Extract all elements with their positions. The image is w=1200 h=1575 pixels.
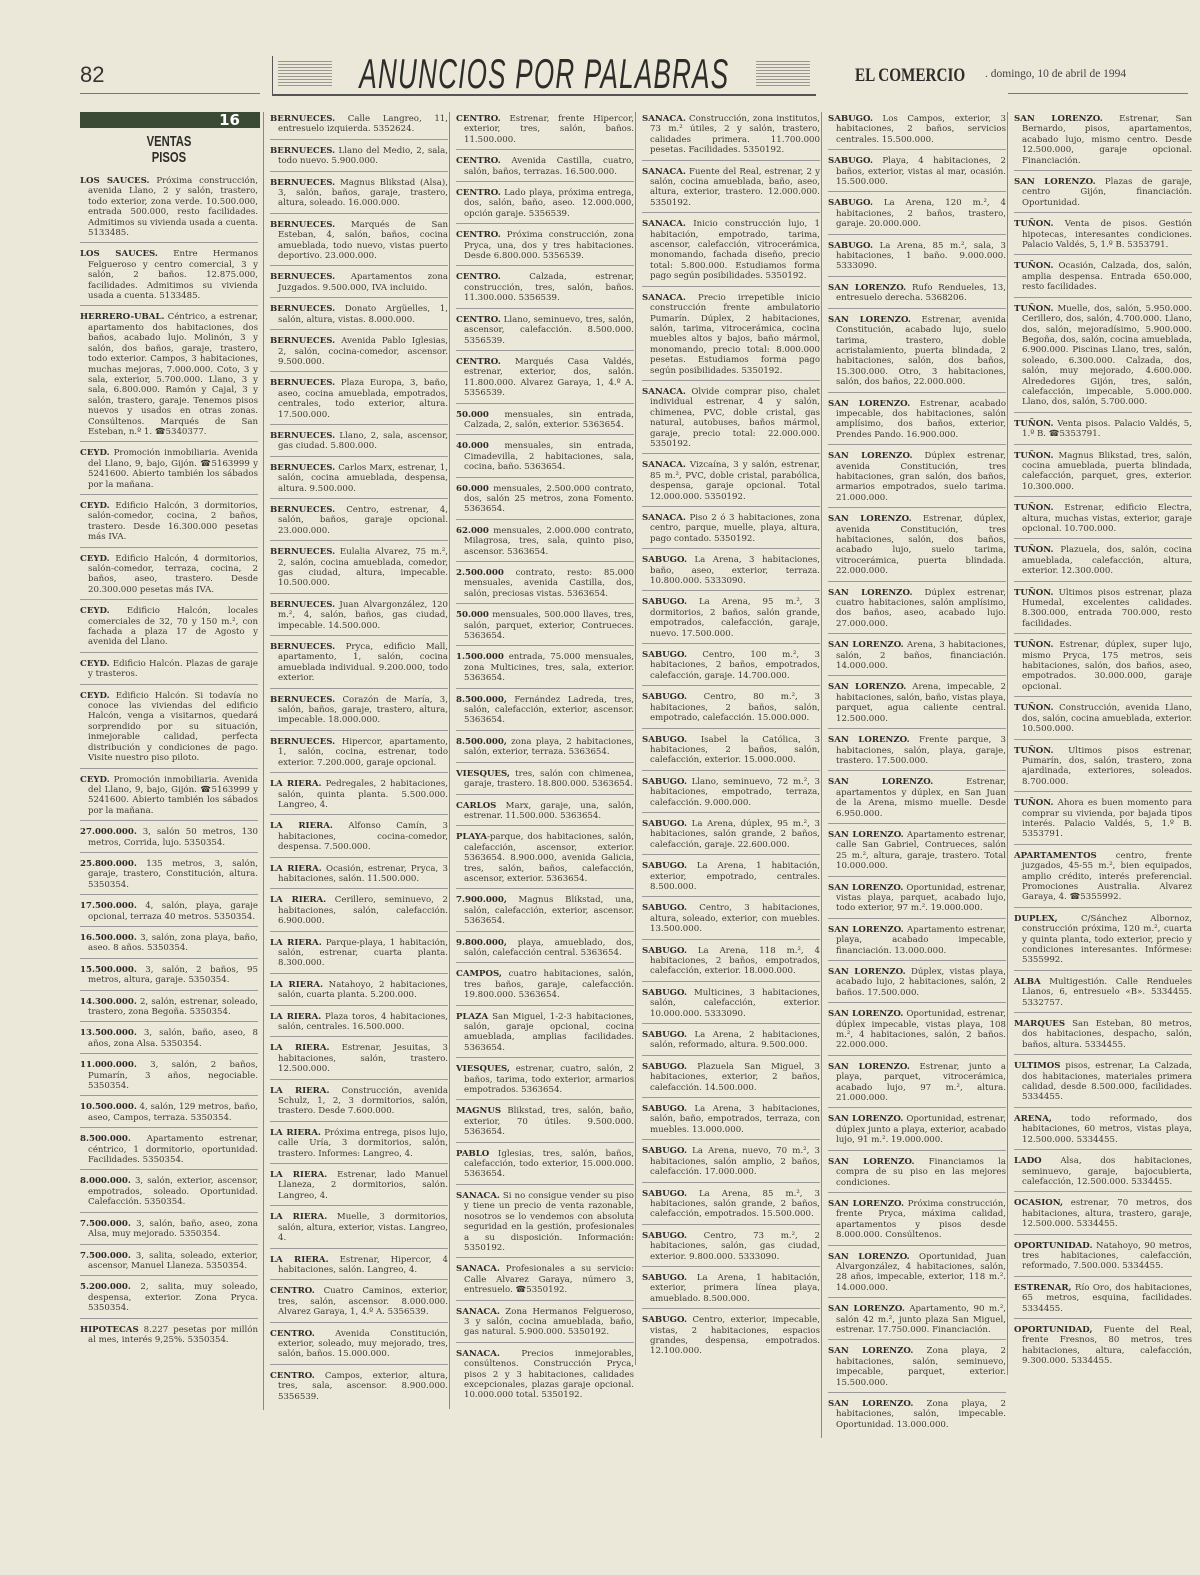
classified-ad: SAN LORENZO. Dúplex, vistas playa, acaba… <box>828 965 1006 1003</box>
classified-ad: ESTRENAR, Río Oro, dos habitaciones, 65 … <box>1014 1281 1192 1319</box>
classified-ad: 1.500.000 entrada, 75.000 mensuales, zon… <box>456 650 634 688</box>
classified-ad: TUÑON. Muelle, dos, salón, 5.950.000. Ce… <box>1014 302 1192 413</box>
classified-ad: SANACA. Fuente del Real, estrenar, 2 y s… <box>642 165 820 214</box>
ad-lead: 7.900.000, <box>456 895 507 905</box>
ad-body: Iglesias, tres, salón, baños, calefacció… <box>464 1149 634 1180</box>
classified-ad: SAN LORENZO. Apartamento, 90 m.², salón … <box>828 1302 1006 1340</box>
ad-lead: SAN LORENZO. <box>828 883 903 893</box>
ad-body: Céntrico, a estrenar, apartamento dos ha… <box>88 312 258 436</box>
ad-lead: SAN LORENZO. <box>828 830 904 840</box>
classified-ad: 2.500.000 contrato, resto: 85.000 mensua… <box>456 566 634 604</box>
classified-ad: 62.000 mensuales, 2.000.000 contrato, Mi… <box>456 524 634 562</box>
classified-ad: 7.500.000. 3, salita, soleado, exterior,… <box>80 1249 258 1277</box>
ad-body: Alsa, dos habitaciones, seminuevo, garaj… <box>1022 1156 1192 1187</box>
classified-ad: LA RIERA. Natahoyo, 2 habitaciones, saló… <box>270 978 448 1006</box>
ad-body: Estrenar, avenida Constitución, acabado … <box>836 315 1006 387</box>
ad-lead: 7.500.000. <box>80 1251 131 1261</box>
classified-ad: CEYD. Edificio Halcón. Si todavía no con… <box>80 689 258 769</box>
ad-lead: 16.500.000. <box>80 933 137 943</box>
ad-lead: SAN LORENZO. <box>828 588 912 598</box>
ad-lead: SABUGO. <box>642 1189 687 1199</box>
classified-ad: 7.900.000, Magnus Blikstad, una, salón, … <box>456 893 634 931</box>
ad-lead: 50.000 <box>456 610 489 620</box>
ad-lead: CENTRO. <box>270 1286 315 1296</box>
ad-lead: TUÑON. <box>1014 588 1054 598</box>
ad-lead: ALBA <box>1014 977 1041 987</box>
column-6: SAN LORENZO. Estrenar, San Bernardo, pis… <box>1007 112 1192 1375</box>
classified-ad: OPORTUNIDAD, Fuente del Real, frente Fre… <box>1014 1323 1192 1371</box>
ad-lead: 40.000 <box>456 441 489 451</box>
classified-ad: CEYD. Edificio Halcón. Plazas de garaje … <box>80 657 258 685</box>
ad-lead: SABUGO. <box>642 1062 687 1072</box>
classified-ad: LA RIERA. Estrenar, lado Manuel Llaneza,… <box>270 1168 448 1206</box>
ad-lead: 14.300.000. <box>80 997 137 1007</box>
ad-lead: CEYD. <box>80 691 110 701</box>
ad-lead: LA RIERA. <box>270 1212 327 1222</box>
ad-lead: SAN LORENZO. <box>828 682 906 692</box>
ad-lead: SAN LORENZO. <box>828 967 906 977</box>
classified-ad: PABLO Iglesias, tres, salón, baños, cale… <box>456 1147 634 1185</box>
ad-lead: TUÑON. <box>1014 261 1054 271</box>
classified-ad: CEYD. Edificio Halcón, 3 dormitorios, sa… <box>80 499 258 548</box>
classified-ad: 14.300.000. 2, salón, estrenar, soleado,… <box>80 995 258 1023</box>
classified-ad: SABUGO. Centro, 100 m.², 3 habitaciones,… <box>642 648 820 686</box>
ad-body: San Miguel, 1-2-3 habitaciones, salón, g… <box>464 1012 634 1053</box>
ad-lead: BERNUECES. <box>270 431 335 441</box>
classified-ad: LADO Alsa, dos habitaciones, seminuevo, … <box>1014 1154 1192 1192</box>
ad-body: Edificio Halcón. Plazas de garaje y tras… <box>88 659 258 679</box>
classified-ad: SABUGO. Playa, 4 habitaciones, 2 baños, … <box>828 154 1006 192</box>
section-title-box: ANUNCIOS POR PALABRAS <box>272 50 816 98</box>
ad-lead: LA RIERA. <box>270 1128 321 1138</box>
ad-lead: 8.500.000, <box>456 695 507 705</box>
classified-ad: 8.500.000, zona playa, 2 habitaciones, s… <box>456 735 634 763</box>
ad-lead: BERNUECES. <box>270 600 335 610</box>
ad-lead: TUÑON. <box>1014 640 1054 650</box>
section-heading-line2: PISOS <box>102 150 236 166</box>
ad-lead: SANACA. <box>642 460 686 470</box>
column-2: BERNUECES. Calle Langreo, 11, entresuelo… <box>263 112 448 1410</box>
classified-ad: BERNUECES. Llano del Medio, 2, sala, tod… <box>270 144 448 172</box>
classified-ad: SABUGO. La Arena, 95 m.², 3 dormitorios,… <box>642 595 820 644</box>
classified-ad: SABUGO. Isabel la Católica, 3 habitacion… <box>642 733 820 771</box>
classified-ad: 25.800.000. 135 metros, 3, salón, garaje… <box>80 857 258 895</box>
ad-lead: BERNUECES. <box>270 378 335 388</box>
section-heading: VENTAS PISOS <box>102 134 236 166</box>
classified-ad: CENTRO. Marqués Casa Valdés, estrenar, e… <box>456 355 634 404</box>
classified-ad: SAN LORENZO. Estrenar, acabado impecable… <box>828 397 1006 446</box>
ad-lead: LADO <box>1014 1156 1042 1166</box>
classified-ad: BERNUECES. Donato Argüelles, 1, salón, a… <box>270 302 448 330</box>
classified-ad: 50.000 mensuales, sin entrada, Calzada, … <box>456 408 634 436</box>
ad-lead: LA RIERA. <box>270 938 322 948</box>
ad-lead: 27.000.000. <box>80 827 137 837</box>
ad-lead: HERRERO-UBAL. <box>80 312 164 322</box>
ad-lead: SAN LORENZO. <box>828 1304 905 1314</box>
ad-lead: LA RIERA. <box>270 980 323 990</box>
classified-ad: TUÑON. Ocasión, Calzada, dos, salón, amp… <box>1014 259 1192 297</box>
ad-lead: SABUGO. <box>642 946 687 956</box>
ad-lead: BERNUECES. <box>270 304 335 314</box>
ad-lead: CENTRO. <box>456 114 501 124</box>
classified-ad: TUÑON. Construcción, avenida Llano, dos,… <box>1014 701 1192 739</box>
classified-ad: LOS SAUCES. Próxima construcción, avenid… <box>80 174 258 243</box>
classified-ad: SABUGO. Centro, 3 habitaciones, altura, … <box>642 901 820 939</box>
ad-lead: SABUGO. <box>642 692 687 702</box>
ad-lead: SAN LORENZO. <box>828 1009 903 1019</box>
classified-ad: 15.500.000. 3, salón, 2 baños, 95 metros… <box>80 963 258 991</box>
ad-lead: 8.500.000. <box>80 1134 131 1144</box>
ad-lead: LA RIERA. <box>270 1255 329 1265</box>
ad-lead: CENTRO. <box>270 1329 315 1339</box>
classified-ad: SAN LORENZO. Oportunidad, estrenar, dúpl… <box>828 1112 1006 1150</box>
classified-ad: BERNUECES. Marqués de San Esteban, 4, sa… <box>270 218 448 267</box>
ad-lead: SABUGO. <box>642 735 687 745</box>
classified-ad: 50.000 mensuales, 500.000 llaves, tres, … <box>456 608 634 646</box>
ad-lead: CENTRO. <box>456 315 501 325</box>
classified-ad: CEYD. Edificio Halcón, 4 dormitorios, sa… <box>80 552 258 601</box>
classified-ad: SABUGO. La Arena, 1 habitación, exterior… <box>642 859 820 897</box>
classified-ad: HIPOTECAS 8.227 pesetas por millón al me… <box>80 1323 258 1350</box>
classified-ad: OPORTUNIDAD. Natahoyo, 90 metros, tres h… <box>1014 1239 1192 1277</box>
classified-ad: SANACA. Piso 2 ó 3 habitaciones, zona ce… <box>642 511 820 549</box>
ad-lead: BERNUECES. <box>270 737 335 747</box>
ad-lead: ESTRENAR, <box>1014 1283 1072 1293</box>
classified-ad: APARTAMENTOS centro, frente juzgados, 45… <box>1014 849 1192 908</box>
classified-ad: SAN LORENZO. Estrenar, dúplex, avenida C… <box>828 512 1006 581</box>
ad-lead: TUÑON. <box>1014 304 1054 314</box>
page-number: 82 <box>80 62 104 88</box>
classified-ad: LA RIERA. Construcción, avenida Schulz, … <box>270 1084 448 1122</box>
classified-ad: SAN LORENZO. Oportunidad, Juan Alvargonz… <box>828 1250 1006 1299</box>
classified-ad: SAN LORENZO. Oportunidad, estrenar, vist… <box>828 881 1006 919</box>
ad-lead: 62.000 <box>456 526 489 536</box>
ad-body: Muelle, dos, salón, 5.950.000. Cerillero… <box>1022 304 1192 408</box>
classified-ad: SABUGO. La Arena, dúplex, 95 m.², 3 habi… <box>642 817 820 855</box>
classified-ad: SABUGO. Plazuela San Miguel, 3 habitacio… <box>642 1060 820 1098</box>
classified-ad: SAN LORENZO. Arena, 3 habitaciones, saló… <box>828 638 1006 676</box>
classified-ad: 10.500.000. 4, salón, 129 metros, baño, … <box>80 1100 258 1128</box>
classified-ad: 27.000.000. 3, salón 50 metros, 130 metr… <box>80 825 258 853</box>
classified-ad: SAN LORENZO. Zona playa, 2 habitaciones,… <box>828 1344 1006 1393</box>
classified-ad: SANACA. Zona Hermanos Felgueroso, 3 y sa… <box>456 1305 634 1343</box>
ad-lead: SANACA. <box>456 1264 500 1274</box>
ad-lead: CEYD. <box>80 606 110 616</box>
classified-ad: OCASION, estrenar, 70 metros, dos habita… <box>1014 1196 1192 1234</box>
ad-lead: SABUGO. <box>828 114 873 124</box>
ad-lead: 9.800.000, <box>456 938 507 948</box>
ad-lead: 13.500.000. <box>80 1028 137 1038</box>
classified-ad: LA RIERA. Estrenar, Hipercor, 4 habitaci… <box>270 1253 448 1281</box>
classified-ad: SANACA. Precios inmejorables, consúlteno… <box>456 1347 634 1405</box>
ad-lead: SAN LORENZO. <box>828 1399 913 1409</box>
publication-date: . domingo, 10 de abril de 1994 <box>985 68 1126 80</box>
ad-lead: 25.800.000. <box>80 859 137 869</box>
classified-ad: CENTRO. Lado playa, próxima entrega, dos… <box>456 186 634 224</box>
classified-ad: VIESQUES, tres, salón con chimenea, gara… <box>456 767 634 795</box>
rule-divider <box>80 93 260 94</box>
ad-lead: SAN LORENZO. <box>828 514 912 524</box>
classified-ad: TUÑON. Magnus Blikstad, tres, salón, coc… <box>1014 449 1192 498</box>
classified-ad: SANACA. Si no consigue vender su piso y … <box>456 1189 634 1258</box>
classified-ad: SABUGO. La Arena, 3 habitaciones, salón,… <box>642 1102 820 1140</box>
classified-ad: SAN LORENZO. Apartamento estrenar, calle… <box>828 828 1006 877</box>
ad-lead: LA RIERA. <box>270 1170 327 1180</box>
ad-list: SANACA. Construcción, zona institutos, 7… <box>642 112 820 1361</box>
classified-ad: SAN LORENZO. Estrenar, San Bernardo, pis… <box>1014 112 1192 171</box>
ad-lead: 50.000 <box>456 410 489 420</box>
classified-ad: MAGNUS Blikstad, tres, salón, baño, exte… <box>456 1104 634 1142</box>
ad-lead: PLAZA <box>456 1012 488 1022</box>
classified-ad: BERNUECES. Magnus Blikstad (Alsa), 3, sa… <box>270 176 448 214</box>
ad-lead: SAN LORENZO. <box>828 1157 914 1167</box>
ad-lead: ULTIMOS <box>1014 1061 1060 1071</box>
ad-lead: DUPLEX, <box>1014 914 1058 924</box>
ad-lead: CENTRO. <box>456 156 501 166</box>
ad-lead: MAGNUS <box>456 1106 501 1116</box>
ad-lead: SANACA. <box>642 387 686 397</box>
ad-lead: SAN LORENZO. <box>828 925 904 935</box>
classified-ad: CENTRO. Avenida Castilla, cuatro, salón,… <box>456 154 634 182</box>
classified-ad: LA RIERA. Parque-playa, 1 habitación, sa… <box>270 936 448 974</box>
classified-ad: ALBA Multigestión. Calle Rendueles Llano… <box>1014 975 1192 1013</box>
classified-ad: SABUGO. La Arena, 1 habitación, exterior… <box>642 1271 820 1309</box>
classified-ad: SANACA. Construcción, zona institutos, 7… <box>642 112 820 161</box>
classified-ad: CAMPOS, cuatro habitaciones, salón, tres… <box>456 967 634 1005</box>
ad-lead: TUÑON. <box>1014 798 1054 808</box>
classified-ad: SAN LORENZO. Dúplex estrenar, cuatro hab… <box>828 586 1006 635</box>
classified-ad: SABUGO. Los Campos, exterior, 3 habitaci… <box>828 112 1006 150</box>
ad-body: Multigestión. Calle Rendueles Llanos, 6,… <box>1022 977 1192 1008</box>
ad-lead: SAN LORENZO. <box>1014 114 1103 124</box>
classified-ad: SAN LORENZO. Plazas de garaje, centro Gi… <box>1014 175 1192 213</box>
classified-ad: SABUGO. La Arena, 120 m.², 4 habitacione… <box>828 196 1006 234</box>
ad-list: BERNUECES. Calle Langreo, 11, entresuelo… <box>270 112 448 1406</box>
ad-lead: 15.500.000. <box>80 965 137 975</box>
ad-lead: CARLOS <box>456 801 496 811</box>
ad-list: LOS SAUCES. Próxima construcción, avenid… <box>80 174 258 1349</box>
classified-ad: TUÑON. Venta pisos. Palacio Valdés, 5, 1… <box>1014 417 1192 445</box>
classified-ad: BERNUECES. Avenida Pablo Iglesias, 2, sa… <box>270 334 448 372</box>
classified-ad: HERRERO-UBAL. Céntrico, a estrenar, apar… <box>80 310 258 442</box>
ad-lead: BERNUECES. <box>270 178 335 188</box>
ad-lead: SABUGO. <box>642 819 687 829</box>
classified-ad: CENTRO. Próxima construcción, zona Pryca… <box>456 228 634 266</box>
classified-ad: SAN LORENZO. Estrenar, junto a playa, pa… <box>828 1060 1006 1109</box>
ad-lead: BERNUECES. <box>270 505 335 515</box>
ad-lead: OPORTUNIDAD. <box>1014 1241 1092 1251</box>
ad-lead: MARQUES <box>1014 1019 1065 1029</box>
ad-lead: BERNUECES. <box>270 272 335 282</box>
ad-lead: CEYD. <box>80 448 110 458</box>
ad-lead: BERNUECES. <box>270 642 335 652</box>
classified-ad: LA RIERA. Pedregales, 2 habitaciones, sa… <box>270 777 448 815</box>
ad-lead: SABUGO. <box>828 198 873 208</box>
classified-ad: SABUGO. Centro, 80 m.², 3 habitaciones, … <box>642 690 820 728</box>
ad-lead: SABUGO. <box>642 1315 687 1325</box>
ad-lead: TUÑON. <box>1014 545 1054 555</box>
classified-ad: ULTIMOS pisos, estrenar, La Calzada, dos… <box>1014 1059 1192 1108</box>
classified-ad: CENTRO. Estrenar, frente Hipercor, exter… <box>456 112 634 150</box>
ad-lead: SABUGO. <box>642 988 687 998</box>
ad-lead: SABUGO. <box>828 241 873 251</box>
ad-lead: 8.000.000. <box>80 1176 131 1186</box>
classified-ad: SABUGO. La Arena, 2 habitaciones, salón,… <box>642 1028 820 1056</box>
classified-ad: 8.000.000. 3, salón, exterior, ascensor,… <box>80 1174 258 1212</box>
classified-ad: SABUGO. La Arena, 3 habitaciones, baño, … <box>642 553 820 591</box>
ad-lead: 1.500.000 <box>456 652 504 662</box>
column-1: 16 VENTAS PISOS LOS SAUCES. Próxima cons… <box>80 112 258 1353</box>
ad-lead: OCASION, <box>1014 1198 1063 1208</box>
classified-ad: TUÑON. Venta de pisos. Gestión hipotecas… <box>1014 217 1192 255</box>
classified-ad: TUÑON. Estrenar, dúplex, super lujo, mis… <box>1014 638 1192 697</box>
ad-lead: SABUGO. <box>642 1231 687 1241</box>
classified-ad: TUÑON. Plazuela, dos, salón, cocina amue… <box>1014 543 1192 581</box>
classified-ad: LA RIERA. Muelle, 3 dormitorios, salón, … <box>270 1210 448 1248</box>
ad-lead: PLAYA <box>456 832 487 842</box>
classified-ad: SAN LORENZO. Próxima construcción, frent… <box>828 1197 1006 1246</box>
ad-lead: LA RIERA. <box>270 1012 321 1022</box>
newspaper-logo: EL COMERCIO <box>855 65 965 87</box>
ad-lead: SAN LORENZO. <box>828 399 910 409</box>
ad-lead: LA RIERA. <box>270 864 322 874</box>
column-3: CENTRO. Estrenar, frente Hipercor, exter… <box>449 112 634 1409</box>
ad-body: -parque, dos habitaciones, salón, calefa… <box>464 832 634 884</box>
classified-ad: MARQUES San Esteban, 80 metros, dos habi… <box>1014 1017 1192 1055</box>
classified-ad: ARENA, todo reformado, dos habitaciones,… <box>1014 1112 1192 1150</box>
ad-lead: SANACA. <box>456 1191 500 1201</box>
classified-ad: TUÑON. Ultimos pisos estrenar, Pumarín, … <box>1014 744 1192 793</box>
ad-body: mensuales, 2.500.000 contrato, dos, saló… <box>464 484 634 515</box>
column-5: SABUGO. Los Campos, exterior, 3 habitaci… <box>821 112 1006 1438</box>
classified-ad: CEYD. Edificio Halcón, locales comercial… <box>80 604 258 653</box>
classified-ad: SAN LORENZO. Oportunidad, estrenar, dúpl… <box>828 1007 1006 1056</box>
classified-ad: LA RIERA. Próxima entrega, pisos lujo, c… <box>270 1126 448 1164</box>
classified-ad: 7.500.000. 3, salón, baño, aseo, zona Al… <box>80 1217 258 1245</box>
ad-lead: SAN LORENZO. <box>828 1252 910 1262</box>
ad-lead: TUÑON. <box>1014 419 1054 429</box>
ad-lead: CENTRO. <box>456 230 501 240</box>
ad-lead: SAN LORENZO. <box>828 735 910 745</box>
classified-ad: VIESQUES, estrenar, cuatro, salón, 2 bañ… <box>456 1062 634 1100</box>
classified-ad: TUÑON. Ahora es buen momento para compra… <box>1014 796 1192 845</box>
ad-body: mensuales, sin entrada, Cimadevilla, 2 h… <box>464 441 634 472</box>
ad-body: Promoción inmobiliaria. Avenida del Llan… <box>88 775 258 816</box>
column-4: SANACA. Construcción, zona institutos, 7… <box>635 112 820 1365</box>
ad-lead: BERNUECES. <box>270 114 335 124</box>
classified-ad: CEYD. Promoción inmobiliaria. Avenida de… <box>80 446 258 495</box>
ad-lead: CAMPOS, <box>456 969 502 979</box>
ad-lead: SAN LORENZO. <box>828 1199 904 1209</box>
ad-lead: SANACA. <box>642 293 686 303</box>
classified-ad: LA RIERA. Estrenar, Jesuitas, 3 habitaci… <box>270 1041 448 1079</box>
classified-ad: CENTRO. Calzada, estrenar, construcción,… <box>456 270 634 308</box>
section-number-bar: 16 <box>80 112 260 128</box>
classified-ad: BERNUECES. Corazón de María, 3, salón, b… <box>270 693 448 731</box>
ad-lead: LA RIERA. <box>270 1086 329 1096</box>
classified-ad: SABUGO. Llano, seminuevo, 72 m.², 3 habi… <box>642 775 820 813</box>
classified-ad: SABUGO. La Arena, 118 m.², 4 habitacione… <box>642 944 820 982</box>
classified-ad: LA RIERA. Cerillero, seminuevo, 2 habita… <box>270 893 448 931</box>
classified-ad: 16.500.000. 3, salón, zona playa, baño, … <box>80 931 258 959</box>
ad-lead: SABUGO. <box>642 597 687 607</box>
classified-ad: 8.500.000. Apartamento estrenar, céntric… <box>80 1132 258 1170</box>
classified-ad: 9.800.000, playa, amueblado, dos, salón,… <box>456 936 634 964</box>
ad-body: mensuales, 500.000 llaves, tres, salón, … <box>464 610 634 641</box>
classified-ad: 5.200.000. 2, salita, muy soleado, despe… <box>80 1280 258 1318</box>
classified-ad: SAN LORENZO. Frente parque, 3 habitacion… <box>828 733 1006 771</box>
ad-lead: SABUGO. <box>642 1146 687 1156</box>
classified-ad: SAN LORENZO. Zona playa, 2 habitaciones,… <box>828 1397 1006 1434</box>
classified-ad: BERNUECES. Hipercor, apartamento, 1, sal… <box>270 735 448 773</box>
classified-ad: SAN LORENZO. Estrenar, avenida Constituc… <box>828 313 1006 393</box>
ad-lead: SANACA. <box>642 114 686 124</box>
classified-ad: BERNUECES. Llano, 2, sala, ascensor, gas… <box>270 429 448 457</box>
ad-lead: 10.500.000. <box>80 1102 137 1112</box>
ad-list: CENTRO. Estrenar, frente Hipercor, exter… <box>456 112 634 1405</box>
ad-lead: BERNUECES. <box>270 220 335 230</box>
classified-ad: SABUGO. Centro, 73 m.², 2 habitaciones, … <box>642 1229 820 1267</box>
ad-body: Olvide comprar piso, chalet individual e… <box>650 387 820 449</box>
ad-lead: SAN LORENZO. <box>828 451 912 461</box>
ad-body: Próxima construcción, avenida Llano, 2 y… <box>88 176 258 238</box>
classified-ad: BERNUECES. Centro, estrenar, 4, salón, b… <box>270 503 448 541</box>
ad-lead: TUÑON. <box>1014 219 1054 229</box>
ad-lead: CEYD. <box>80 659 110 669</box>
ad-lead: 17.500.000. <box>80 901 137 911</box>
ad-lead: SABUGO. <box>642 1273 687 1283</box>
ad-lead: BERNUECES. <box>270 463 335 473</box>
ad-lead: SAN LORENZO. <box>828 283 906 293</box>
ad-lead: VIESQUES, <box>456 1064 510 1074</box>
ad-lead: SAN LORENZO. <box>828 315 911 325</box>
classified-ad: 17.500.000. 4, salón, playa, garaje opci… <box>80 899 258 927</box>
ad-lead: BERNUECES. <box>270 695 335 705</box>
ad-lead: BERNUECES. <box>270 547 335 557</box>
ad-lead: CEYD. <box>80 554 110 564</box>
ad-body: Edificio Halcón, locales comerciales de … <box>88 606 258 647</box>
classified-ad: SANACA. Precio irrepetible inicio constr… <box>642 291 820 381</box>
classified-ad: SABUGO. La Arena, 85 m.², sala, 3 habita… <box>828 239 1006 277</box>
classified-ad: CENTRO. Cuatro Caminos, exterior, tres, … <box>270 1284 448 1322</box>
ad-lead: ARENA, <box>1014 1114 1052 1124</box>
decorative-lines-icon <box>756 61 810 87</box>
ad-lead: CENTRO. <box>456 272 501 282</box>
classified-ad: SANACA. Olvide comprar piso, chalet indi… <box>642 385 820 454</box>
page-section-title: ANUNCIOS POR PALABRAS <box>359 50 729 98</box>
ad-body: Edificio Halcón, 3 dormitorios, salón-co… <box>88 501 258 542</box>
masthead: 82 ANUNCIOS POR PALABRAS EL COMERCIO . d… <box>0 0 1200 100</box>
ad-lead: LA RIERA. <box>270 1043 330 1053</box>
ad-lead: OPORTUNIDAD, <box>1014 1325 1092 1335</box>
classified-ad: PLAZA San Miguel, 1-2-3 habitaciones, sa… <box>456 1010 634 1059</box>
classified-ad: SANACA. Profesionales a su servicio: Cal… <box>456 1262 634 1300</box>
ad-lead: PABLO <box>456 1149 489 1159</box>
ad-lead: SAN LORENZO. <box>828 777 933 787</box>
ad-lead: BERNUECES. <box>270 146 335 156</box>
ad-lead: SABUGO. <box>642 861 687 871</box>
section-heading-line1: VENTAS <box>102 134 236 150</box>
ad-lead: TUÑON. <box>1014 503 1054 513</box>
ad-lead: CENTRO. <box>456 188 501 198</box>
ad-lead: CEYD. <box>80 501 110 511</box>
ad-lead: VIESQUES, <box>456 769 510 779</box>
ad-list: SAN LORENZO. Estrenar, San Bernardo, pis… <box>1014 112 1192 1371</box>
ad-lead: 60.000 <box>456 484 489 494</box>
ad-body: Promoción inmobiliaria. Avenida del Llan… <box>88 448 258 489</box>
ad-body: mensuales, 2.000.000 contrato, Milagrosa… <box>464 526 634 557</box>
classified-ad: TUÑON. Estrenar, edificio Electra, altur… <box>1014 501 1192 539</box>
